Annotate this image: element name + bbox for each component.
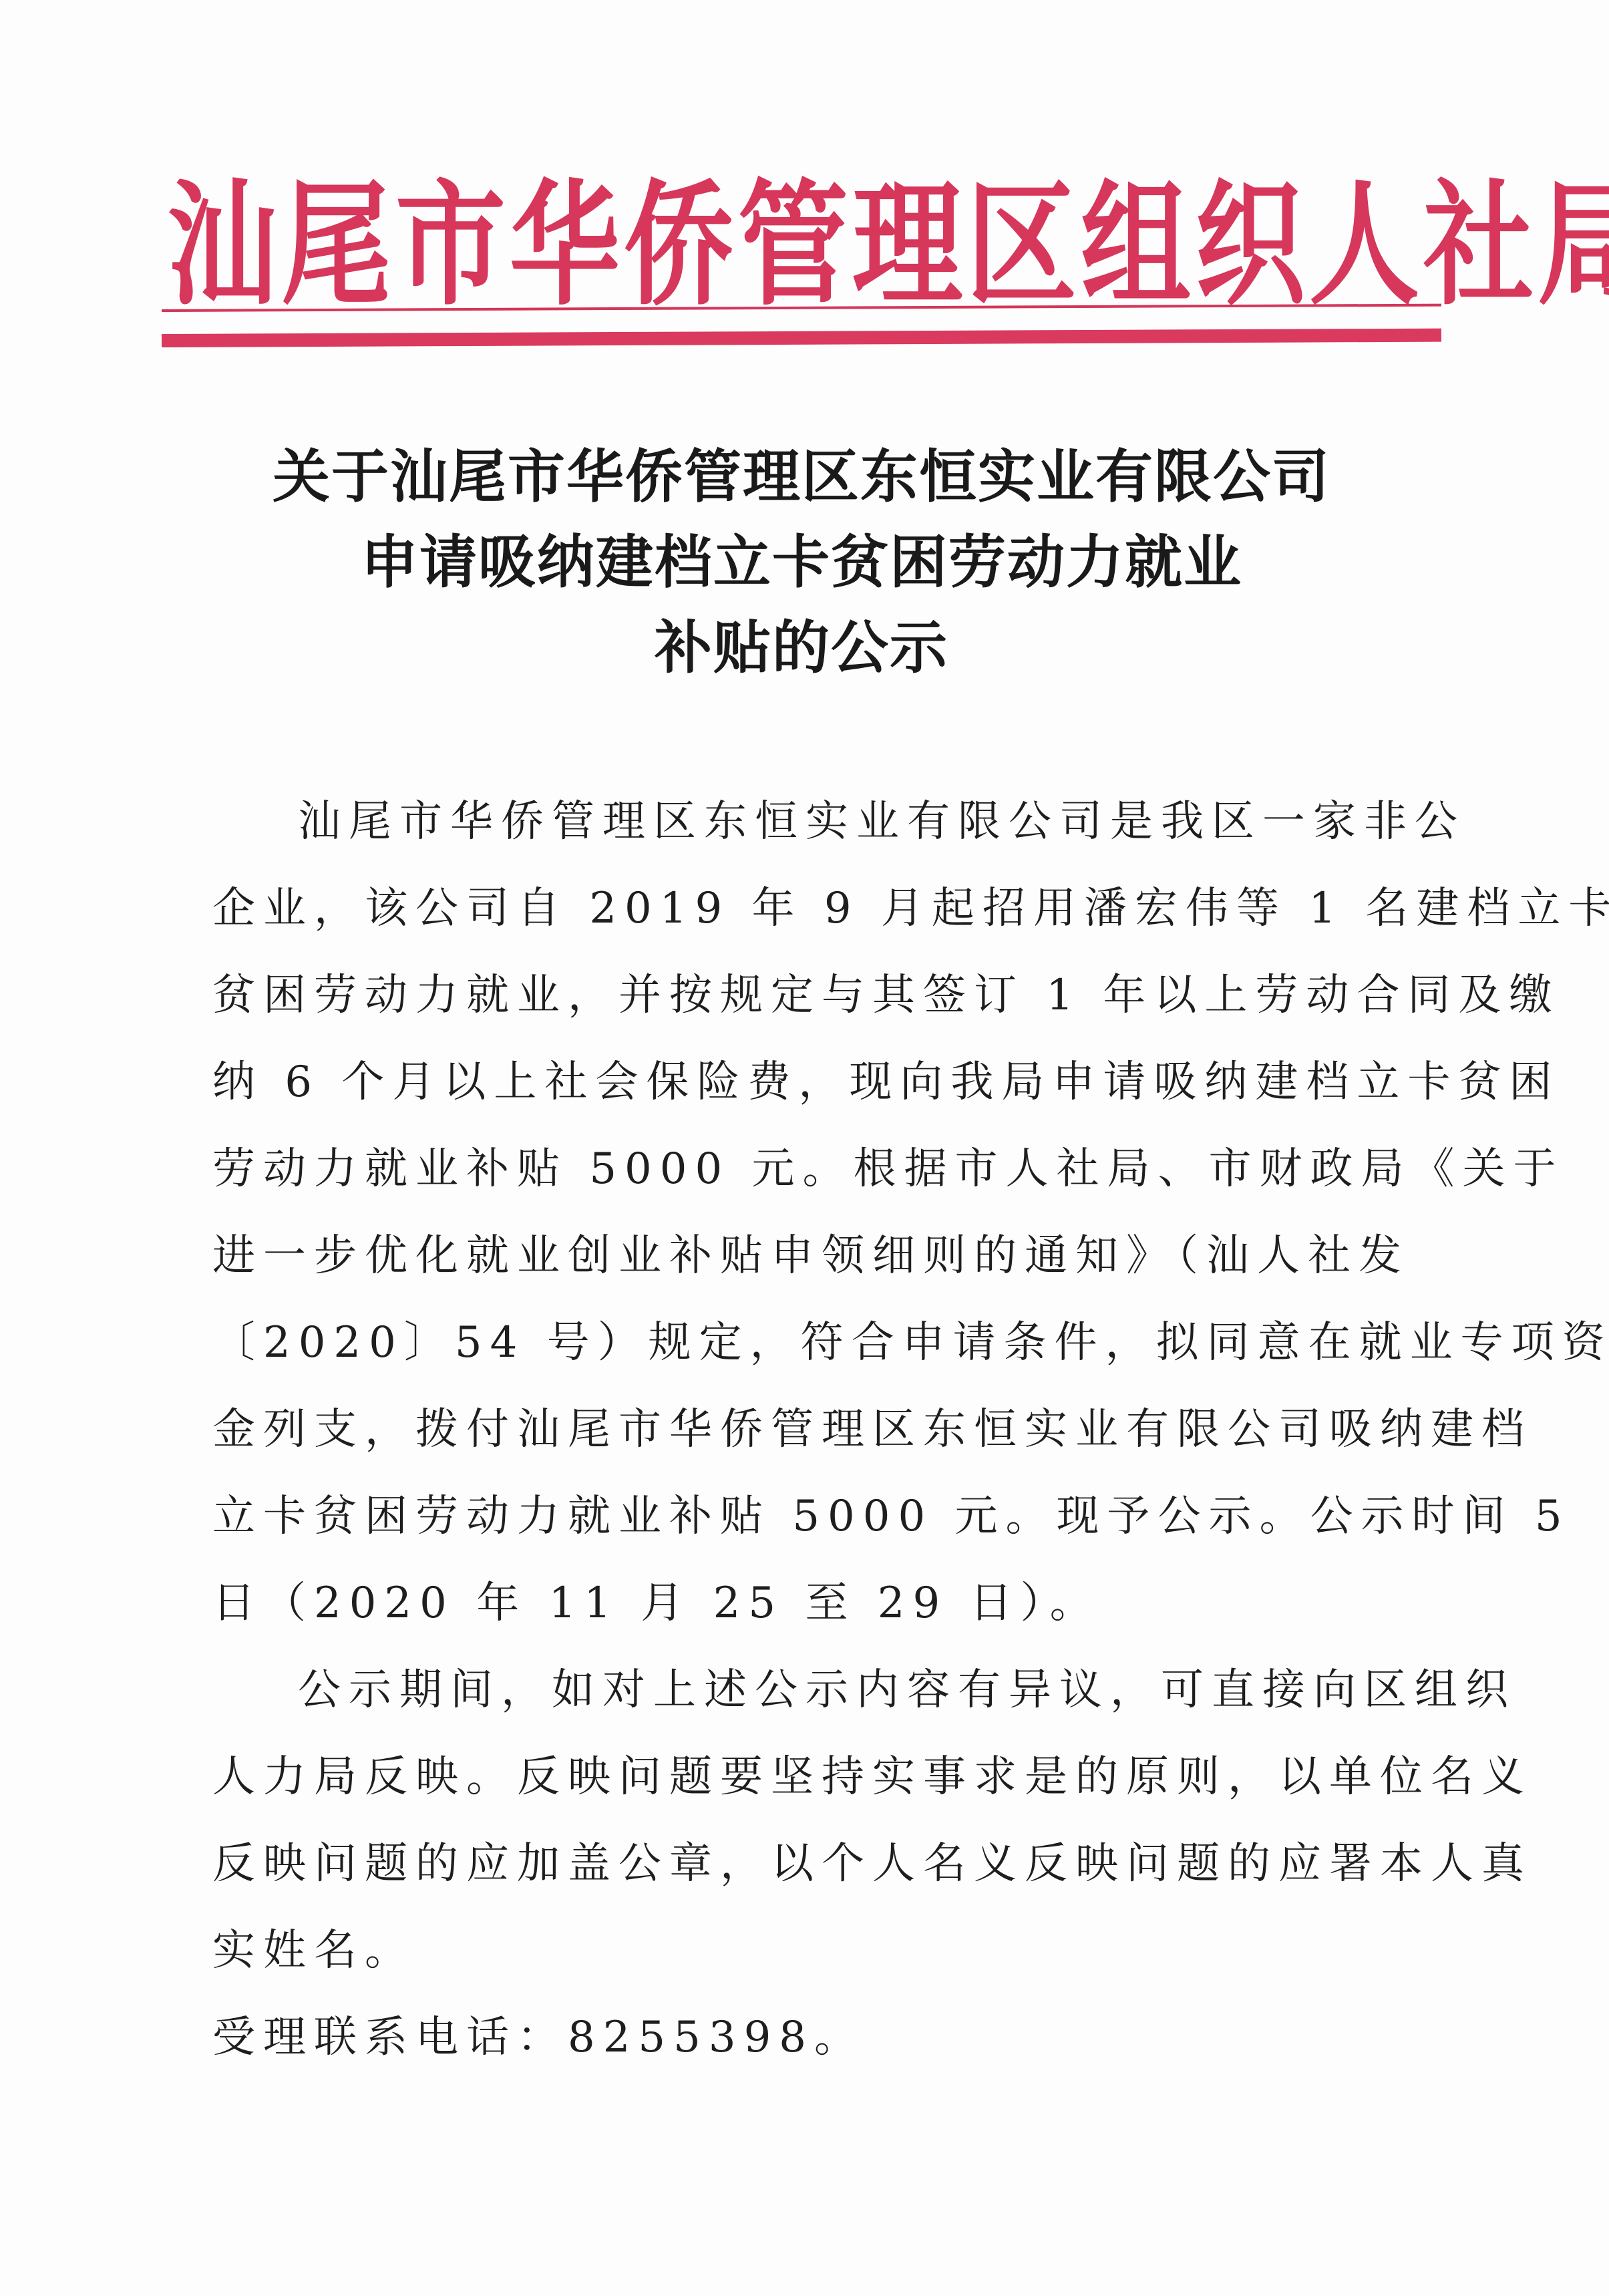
title-line-1: 关于汕尾市华侨管理区东恒实业有限公司	[200, 434, 1403, 520]
title-line-2: 申请吸纳建档立卡贫困劳动力就业	[200, 520, 1403, 605]
body-line: 贫困劳动力就业，并按规定与其签订 1 年以上劳动合同及缴	[212, 952, 1368, 1039]
masthead-organization: 汕尾市华侨管理区组织人社局	[167, 167, 1449, 322]
body-line: 公示期间，如对上述公示内容有异议，可直接向区组织	[212, 1647, 1368, 1734]
paragraph-notice: 汕尾市华侨管理区东恒实业有限公司是我区一家非公 企业，该公司自 2019 年 9…	[212, 778, 1368, 1647]
paragraph-objection: 公示期间，如对上述公示内容有异议，可直接向区组织 人力局反映。反映问题要坚持实事…	[212, 1647, 1368, 1994]
contact-phone: 受理联系电话：8255398。	[212, 1994, 1368, 2081]
body-line: 汕尾市华侨管理区东恒实业有限公司是我区一家非公	[212, 778, 1368, 865]
body-line: 劳动力就业补贴 5000 元。根据市人社局、市财政局《关于	[212, 1126, 1368, 1212]
body-line: 实姓名。	[212, 1907, 1368, 1994]
body-line: 企业，该公司自 2019 年 9 月起招用潘宏伟等 1 名建档立卡	[212, 865, 1368, 952]
masthead-divider-thick	[162, 329, 1441, 347]
document-body: 汕尾市华侨管理区东恒实业有限公司是我区一家非公 企业，该公司自 2019 年 9…	[212, 778, 1368, 2081]
document-title: 关于汕尾市华侨管理区东恒实业有限公司 申请吸纳建档立卡贫困劳动力就业 补贴的公示	[200, 434, 1403, 691]
body-line: 反映问题的应加盖公章，以个人名义反映问题的应署本人真	[212, 1820, 1368, 1907]
body-line: 纳 6 个月以上社会保险费，现向我局申请吸纳建档立卡贫困	[212, 1039, 1368, 1126]
body-line: 日（2020 年 11 月 25 至 29 日）。	[212, 1560, 1368, 1647]
body-line: 进一步优化就业创业补贴申领细则的通知》（汕人社发	[212, 1212, 1368, 1299]
body-line: 立卡贫困劳动力就业补贴 5000 元。现予公示。公示时间 5	[212, 1473, 1368, 1560]
body-line: 〔2020〕54 号）规定，符合申请条件，拟同意在就业专项资	[212, 1299, 1368, 1386]
document-page: 汕尾市华侨管理区组织人社局 关于汕尾市华侨管理区东恒实业有限公司 申请吸纳建档立…	[0, 0, 1609, 2296]
title-line-3: 补贴的公示	[200, 605, 1403, 691]
body-line: 金列支，拨付汕尾市华侨管理区东恒实业有限公司吸纳建档	[212, 1386, 1368, 1473]
body-line: 人力局反映。反映问题要坚持实事求是的原则，以单位名义	[212, 1734, 1368, 1820]
